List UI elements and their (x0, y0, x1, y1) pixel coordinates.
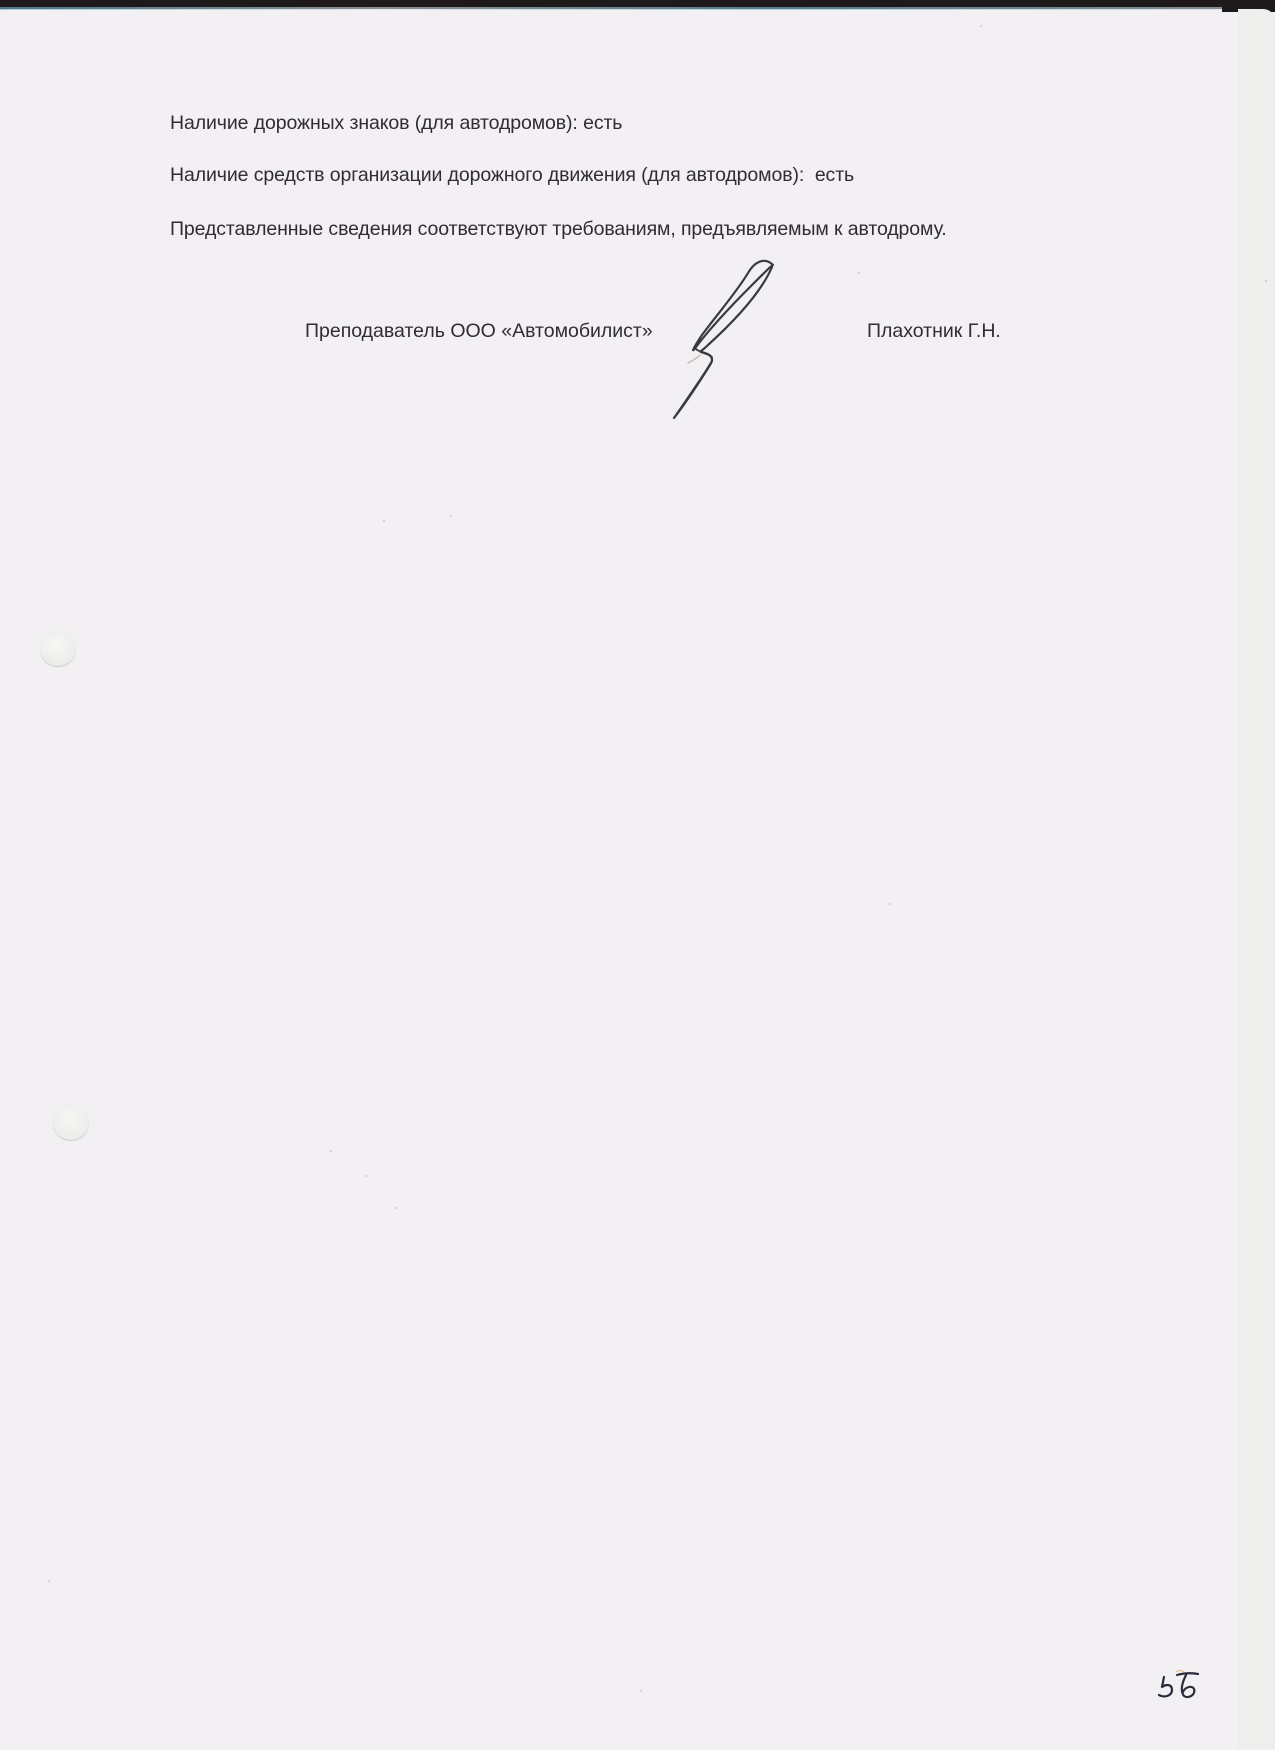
page-edge-corner (1238, 9, 1275, 21)
signer-role: Преподаватель ООО «Автомобилист» (305, 320, 653, 343)
compliance-statement: Представленные сведения соответствуют тр… (170, 218, 947, 241)
paper-speck (450, 515, 452, 517)
punch-hole (40, 630, 76, 666)
paper-speck (365, 1175, 367, 1177)
punch-hole (53, 1104, 89, 1140)
paper-speck (980, 25, 982, 27)
paper-speck (889, 903, 891, 905)
handwritten-signature-icon (660, 255, 790, 430)
paper-speck (330, 1150, 332, 1152)
scanner-band-edge (0, 7, 1275, 10)
paper-speck (1265, 280, 1267, 282)
paper-speck (383, 520, 385, 522)
traffic-organization-line: Наличие средств организации дорожного дв… (170, 164, 854, 187)
paper-speck (640, 1690, 642, 1692)
scanned-page (0, 9, 1238, 1750)
page-edge-strip (1238, 0, 1275, 1750)
handwritten-page-number: 56 (1152, 1665, 1212, 1705)
signer-name: Плахотник Г.Н. (867, 320, 1001, 343)
paper-speck (395, 1207, 397, 1209)
paper-speck (858, 272, 860, 274)
paper-speck (48, 1580, 50, 1582)
road-signs-line: Наличие дорожных знаков (для автодромов)… (170, 112, 622, 135)
